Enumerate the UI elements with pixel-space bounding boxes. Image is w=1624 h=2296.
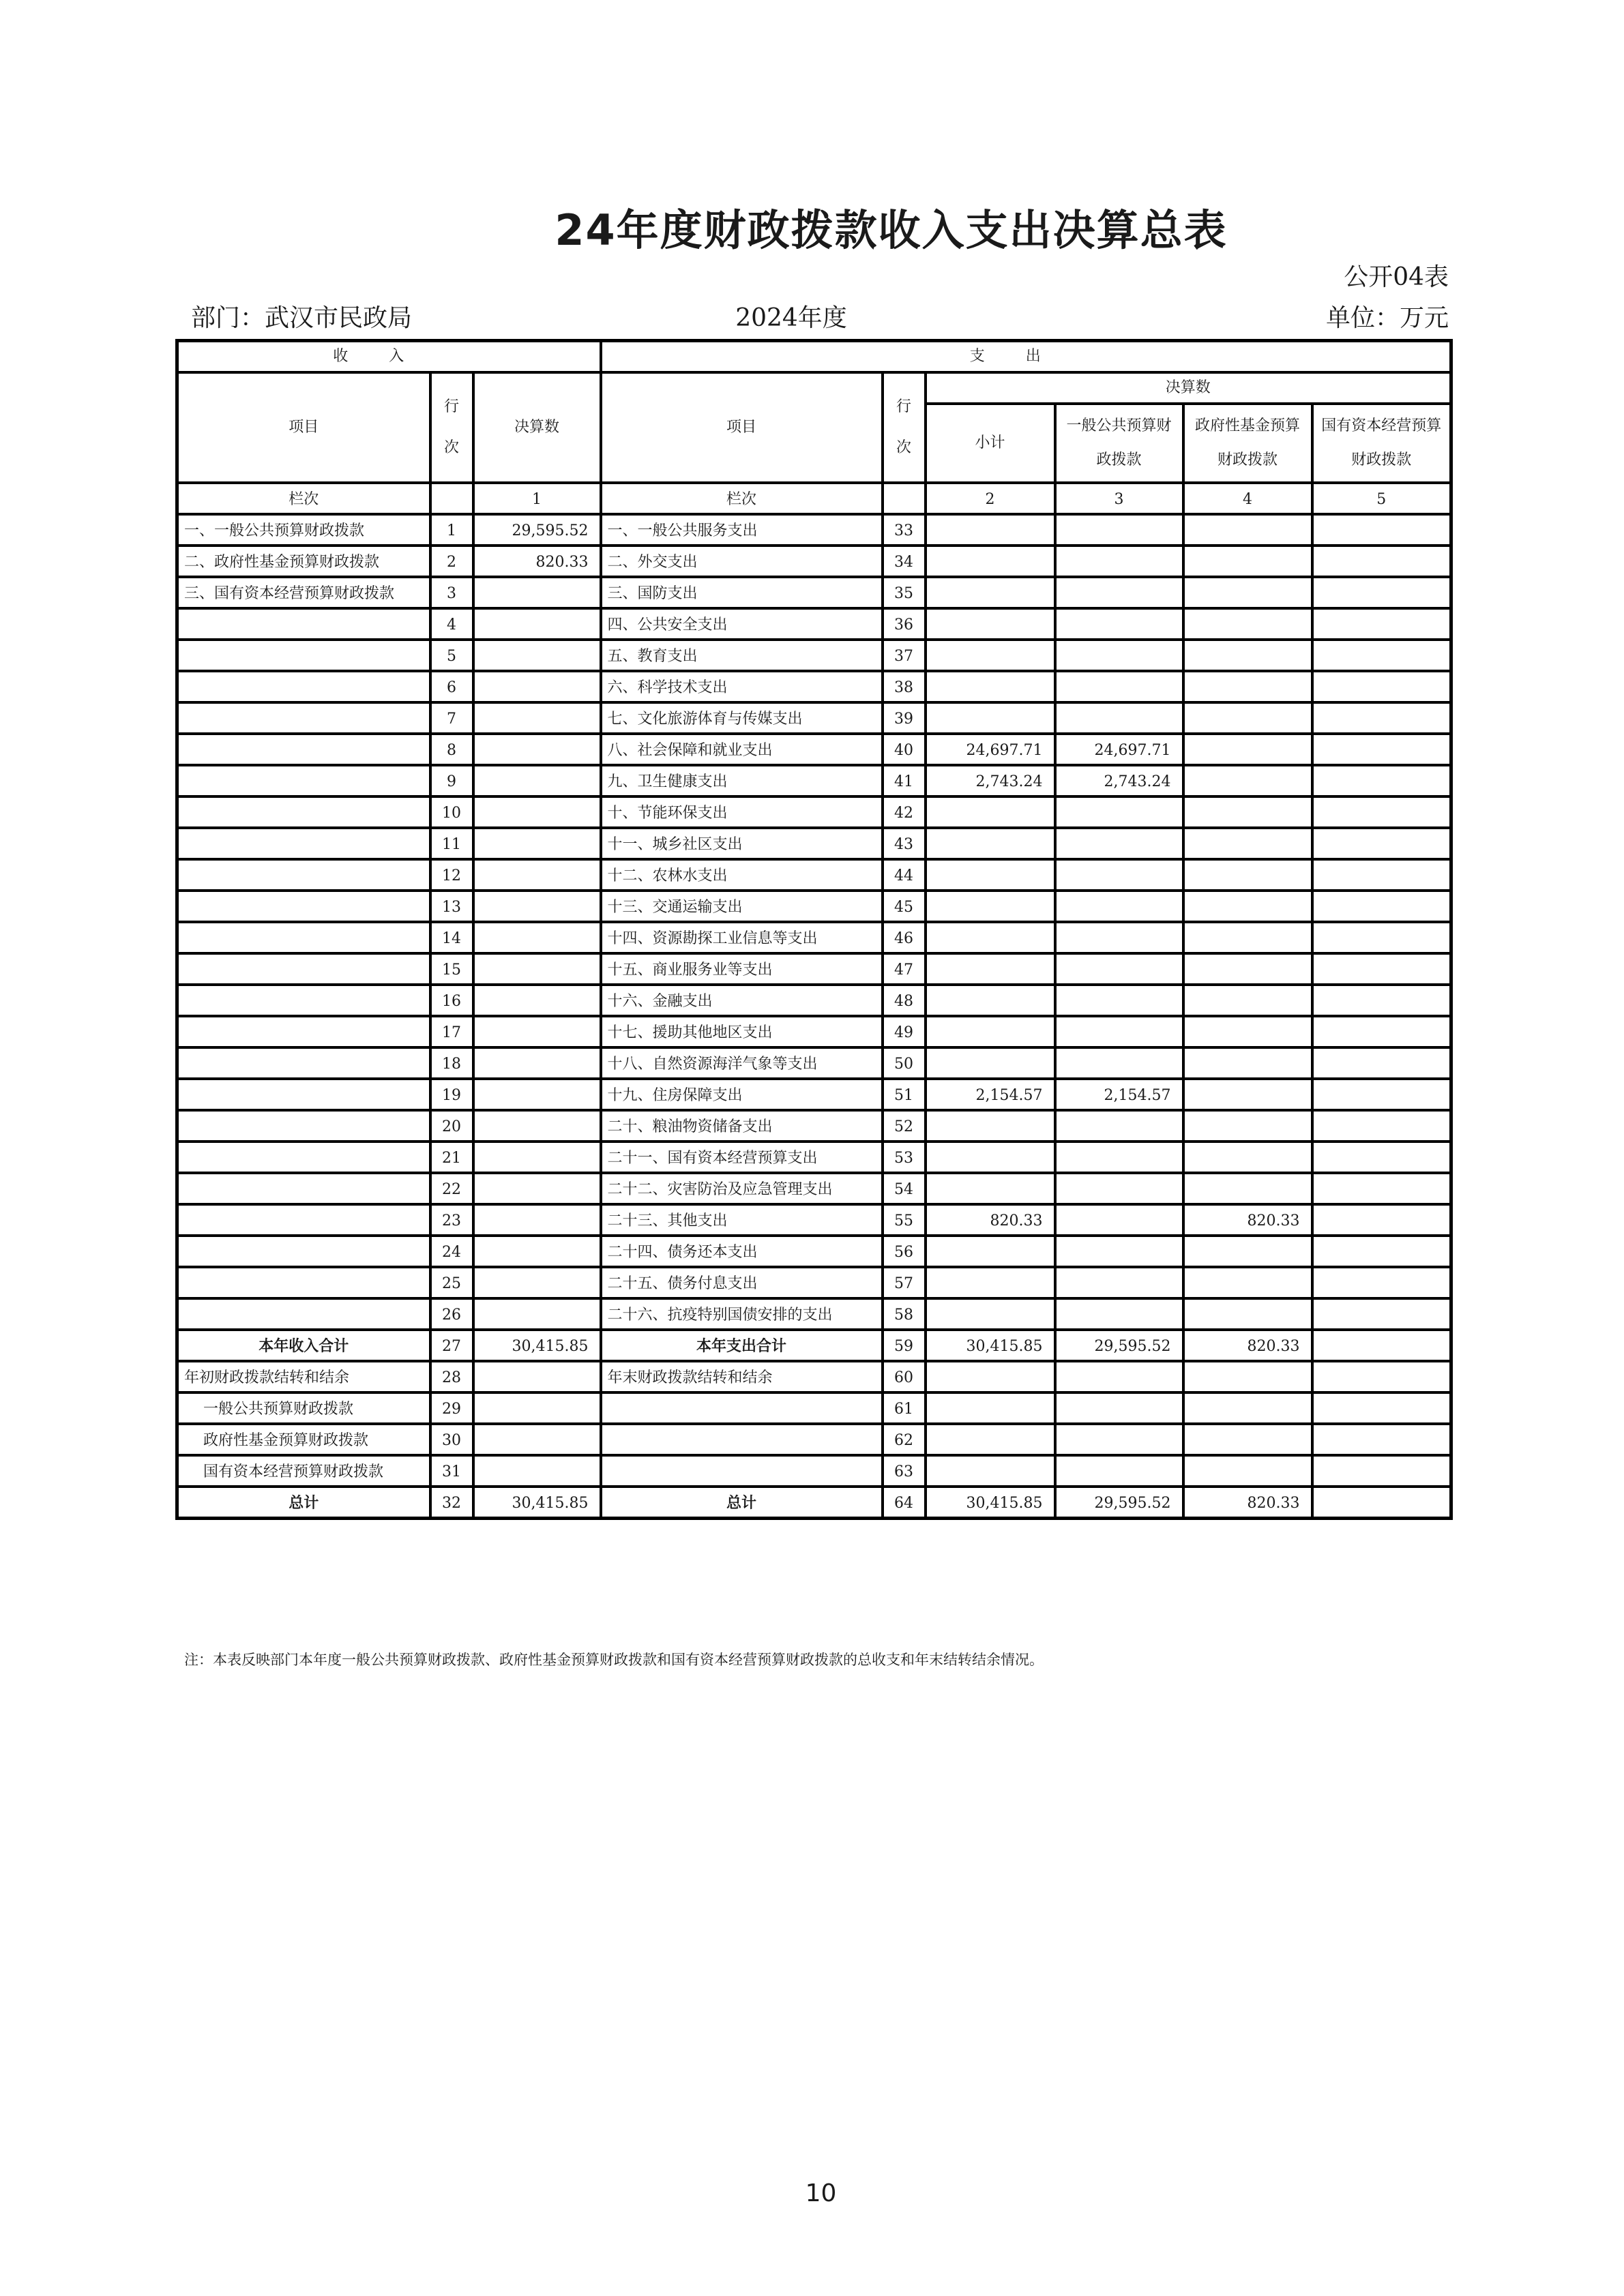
expense-gov-fund-cell: [1183, 1047, 1312, 1079]
expense-general-budget-cell: [1055, 702, 1183, 734]
expense-row-no-cell: 46: [883, 922, 926, 953]
income-amount-cell: [473, 1204, 601, 1236]
column-index-1: 1: [473, 483, 601, 514]
expense-row-no-cell: 36: [883, 608, 926, 640]
expense-subtotal-cell: [926, 640, 1055, 671]
expense-state-capital-cell: [1312, 796, 1451, 828]
column-index-empty: [430, 483, 473, 514]
expense-gov-fund-cell: [1183, 1424, 1312, 1455]
expense-state-capital-cell: [1312, 765, 1451, 796]
income-item-cell: [177, 1236, 430, 1267]
form-number: 公开04表: [1344, 258, 1449, 293]
income-row-no-cell: 30: [430, 1424, 473, 1455]
income-row-no-cell: 32: [430, 1487, 473, 1519]
income-amount-cell: [473, 891, 601, 922]
expense-general-budget-cell: [1055, 828, 1183, 859]
column-index-label: 栏次: [177, 483, 430, 514]
table-row: 14十四、资源勘探工业信息等支出46: [177, 922, 1451, 953]
expense-item-cell: [601, 1392, 883, 1424]
income-item-cell: [177, 1047, 430, 1079]
expense-state-capital-cell: [1312, 640, 1451, 671]
expense-state-capital-cell: [1312, 577, 1451, 608]
expense-general-budget-cell: [1055, 1016, 1183, 1047]
expense-subtotal-cell: 820.33: [926, 1204, 1055, 1236]
expense-row-no-cell: 55: [883, 1204, 926, 1236]
column-index-4: 4: [1183, 483, 1312, 514]
income-row-no-cell: 17: [430, 1016, 473, 1047]
expense-state-capital-cell: [1312, 514, 1451, 546]
table-row: 16十六、金融支出48: [177, 985, 1451, 1016]
expense-row-no-cell: 47: [883, 953, 926, 985]
expense-state-capital-cell: [1312, 1361, 1451, 1392]
expense-item-cell: [601, 1455, 883, 1487]
income-row-no-cell: 13: [430, 891, 473, 922]
income-item-header: 项目: [177, 372, 430, 483]
expense-state-capital-cell: [1312, 1455, 1451, 1487]
table-row: 26二十六、抗疫特别国债安排的支出58: [177, 1298, 1451, 1330]
expense-gov-fund-cell: 820.33: [1183, 1204, 1312, 1236]
expense-state-capital-cell: [1312, 1392, 1451, 1424]
expense-general-budget-cell: [1055, 1424, 1183, 1455]
income-row-no-cell: 22: [430, 1173, 473, 1204]
expense-state-capital-cell: [1312, 1330, 1451, 1361]
income-row-no-cell: 2: [430, 546, 473, 577]
expense-subtotal-cell: [926, 1424, 1055, 1455]
income-amount-cell: [473, 953, 601, 985]
income-amount-cell: [473, 1361, 601, 1392]
expense-general-budget-cell: [1055, 891, 1183, 922]
expense-item-cell: 总计: [601, 1487, 883, 1519]
income-item-cell: [177, 1173, 430, 1204]
expense-item-cell: 二、外交支出: [601, 546, 883, 577]
expense-item-cell: 十八、自然资源海洋气象等支出: [601, 1047, 883, 1079]
expense-state-capital-cell: [1312, 891, 1451, 922]
income-amount-cell: [473, 859, 601, 891]
income-amount-cell: [473, 985, 601, 1016]
table-row: 4四、公共安全支出36: [177, 608, 1451, 640]
expense-state-capital-cell: [1312, 828, 1451, 859]
income-item-cell: [177, 953, 430, 985]
income-section-header: 收入: [177, 341, 601, 373]
expense-general-budget-cell: [1055, 922, 1183, 953]
expense-gov-fund-cell: [1183, 1016, 1312, 1047]
expense-gov-fund-cell: [1183, 1079, 1312, 1110]
expense-row-no-cell: 59: [883, 1330, 926, 1361]
expense-row-no-cell: 42: [883, 796, 926, 828]
expense-row-no-cell: 45: [883, 891, 926, 922]
page-title: 24年度财政拨款收入支出决算总表: [0, 196, 1624, 257]
table-row: 一、一般公共预算财政拨款129,595.52一、一般公共服务支出33: [177, 514, 1451, 546]
expense-state-capital-cell: [1312, 985, 1451, 1016]
income-amount-header: 决算数: [473, 372, 601, 483]
income-amount-cell: [473, 796, 601, 828]
expense-subtotal-cell: [926, 1016, 1055, 1047]
expense-general-budget-cell: [1055, 546, 1183, 577]
expense-row-no-cell: 62: [883, 1424, 926, 1455]
income-amount-cell: [473, 1047, 601, 1079]
expense-general-budget-cell: [1055, 1204, 1183, 1236]
expense-state-capital-cell: [1312, 1142, 1451, 1173]
subtotal-header: 小计: [926, 404, 1055, 483]
expense-row-no-cell: 60: [883, 1361, 926, 1392]
expense-state-capital-cell: [1312, 1424, 1451, 1455]
income-item-cell: [177, 1016, 430, 1047]
income-item-cell: [177, 734, 430, 765]
income-item-cell: [177, 859, 430, 891]
table-row: 二、政府性基金预算财政拨款2820.33二、外交支出34: [177, 546, 1451, 577]
income-row-no-cell: 27: [430, 1330, 473, 1361]
income-row-no-cell: 11: [430, 828, 473, 859]
expense-state-capital-cell: [1312, 1079, 1451, 1110]
expense-gov-fund-cell: [1183, 608, 1312, 640]
expense-gov-fund-cell: [1183, 828, 1312, 859]
expense-row-no-cell: 57: [883, 1267, 926, 1298]
unit-label: 单位：万元: [1326, 299, 1449, 333]
income-row-no-cell: 5: [430, 640, 473, 671]
expense-item-cell: 九、卫生健康支出: [601, 765, 883, 796]
table-row: 20二十、粮油物资储备支出52: [177, 1110, 1451, 1142]
income-item-cell: 总计: [177, 1487, 430, 1519]
income-item-cell: [177, 1298, 430, 1330]
expense-row-no-cell: 34: [883, 546, 926, 577]
income-item-cell: 年初财政拨款结转和结余: [177, 1361, 430, 1392]
table-row: 15十五、商业服务业等支出47: [177, 953, 1451, 985]
expense-general-budget-cell: [1055, 514, 1183, 546]
expense-state-capital-cell: [1312, 734, 1451, 765]
expense-item-cell: 二十三、其他支出: [601, 1204, 883, 1236]
table-row: 10十、节能环保支出42: [177, 796, 1451, 828]
expense-row-no-cell: 41: [883, 765, 926, 796]
income-amount-cell: [473, 577, 601, 608]
expense-gov-fund-cell: [1183, 796, 1312, 828]
income-amount-cell: [473, 1236, 601, 1267]
income-amount-cell: [473, 1173, 601, 1204]
income-item-cell: [177, 796, 430, 828]
table-row: 13十三、交通运输支出45: [177, 891, 1451, 922]
expense-subtotal-cell: 30,415.85: [926, 1487, 1055, 1519]
income-amount-cell: [473, 640, 601, 671]
expense-state-capital-cell: [1312, 859, 1451, 891]
income-row-no-cell: 9: [430, 765, 473, 796]
income-amount-cell: 820.33: [473, 546, 601, 577]
expense-general-budget-cell: [1055, 577, 1183, 608]
financial-summary-table: 收入 支出 项目 行次 决算数 项目 行次 决算数 小计 一般公共预算财政拨款 …: [175, 339, 1453, 1520]
income-item-cell: [177, 1204, 430, 1236]
table-row: 9九、卫生健康支出412,743.242,743.24: [177, 765, 1451, 796]
expense-state-capital-cell: [1312, 608, 1451, 640]
expense-gov-fund-cell: [1183, 514, 1312, 546]
expense-general-budget-cell: 24,697.71: [1055, 734, 1183, 765]
income-row-no-cell: 24: [430, 1236, 473, 1267]
income-item-cell: [177, 671, 430, 702]
expense-subtotal-cell: 2,743.24: [926, 765, 1055, 796]
expense-subtotal-cell: 2,154.57: [926, 1079, 1055, 1110]
expense-gov-fund-cell: [1183, 1236, 1312, 1267]
income-item-cell: [177, 1267, 430, 1298]
income-row-no-cell: 12: [430, 859, 473, 891]
table-row: 19十九、住房保障支出512,154.572,154.57: [177, 1079, 1451, 1110]
expense-general-budget-cell: [1055, 1392, 1183, 1424]
expense-item-cell: 二十、粮油物资储备支出: [601, 1110, 883, 1142]
state-capital-header: 国有资本经营预算财政拨款: [1312, 404, 1451, 483]
expense-state-capital-cell: [1312, 1204, 1451, 1236]
expense-gov-fund-cell: [1183, 702, 1312, 734]
expense-state-capital-cell: [1312, 1267, 1451, 1298]
expense-general-budget-cell: [1055, 1236, 1183, 1267]
expense-state-capital-cell: [1312, 702, 1451, 734]
expense-row-no-cell: 49: [883, 1016, 926, 1047]
expense-general-budget-cell: [1055, 796, 1183, 828]
expense-general-budget-cell: [1055, 1298, 1183, 1330]
expense-state-capital-cell: [1312, 1487, 1451, 1519]
expense-subtotal-cell: [926, 953, 1055, 985]
expense-gov-fund-cell: [1183, 891, 1312, 922]
expense-row-no-cell: 52: [883, 1110, 926, 1142]
expense-row-no-cell: 61: [883, 1392, 926, 1424]
income-item-cell: [177, 1079, 430, 1110]
expense-subtotal-cell: [926, 1173, 1055, 1204]
income-item-cell: 一般公共预算财政拨款: [177, 1392, 430, 1424]
table-row: 政府性基金预算财政拨款3062: [177, 1424, 1451, 1455]
expense-subtotal-cell: [926, 828, 1055, 859]
fiscal-year-label: 2024年度: [723, 299, 859, 333]
table-row: 18十八、自然资源海洋气象等支出50: [177, 1047, 1451, 1079]
expense-general-budget-cell: 29,595.52: [1055, 1330, 1183, 1361]
income-row-no-cell: 21: [430, 1142, 473, 1173]
column-index-empty: [883, 483, 926, 514]
table-row: 年初财政拨款结转和结余28年末财政拨款结转和结余60: [177, 1361, 1451, 1392]
expense-subtotal-cell: [926, 546, 1055, 577]
expense-item-cell: 本年支出合计: [601, 1330, 883, 1361]
income-item-cell: [177, 765, 430, 796]
expense-general-budget-cell: 29,595.52: [1055, 1487, 1183, 1519]
expense-item-cell: 二十四、债务还本支出: [601, 1236, 883, 1267]
income-amount-cell: 30,415.85: [473, 1487, 601, 1519]
expense-subtotal-cell: [926, 1236, 1055, 1267]
table-row: 21二十一、国有资本经营预算支出53: [177, 1142, 1451, 1173]
expense-general-budget-cell: [1055, 640, 1183, 671]
column-index-2: 2: [926, 483, 1055, 514]
table-row: 24二十四、债务还本支出56: [177, 1236, 1451, 1267]
expense-general-budget-cell: [1055, 1455, 1183, 1487]
expense-gov-fund-cell: [1183, 765, 1312, 796]
gov-fund-header: 政府性基金预算财政拨款: [1183, 404, 1312, 483]
expense-gov-fund-cell: [1183, 1298, 1312, 1330]
income-item-cell: 三、国有资本经营预算财政拨款: [177, 577, 430, 608]
expense-row-no-cell: 39: [883, 702, 926, 734]
expense-item-cell: 五、教育支出: [601, 640, 883, 671]
income-amount-cell: [473, 671, 601, 702]
expense-row-no-cell: 50: [883, 1047, 926, 1079]
expense-state-capital-cell: [1312, 1173, 1451, 1204]
expense-subtotal-cell: [926, 577, 1055, 608]
table-row: 11十一、城乡社区支出43: [177, 828, 1451, 859]
table-row: 7七、文化旅游体育与传媒支出39: [177, 702, 1451, 734]
income-amount-cell: 29,595.52: [473, 514, 601, 546]
expense-general-budget-cell: [1055, 953, 1183, 985]
expense-row-no-cell: 40: [883, 734, 926, 765]
income-item-cell: [177, 1142, 430, 1173]
column-index-label: 栏次: [601, 483, 883, 514]
expense-gov-fund-cell: [1183, 985, 1312, 1016]
expense-gov-fund-cell: [1183, 1361, 1312, 1392]
expense-row-no-cell: 48: [883, 985, 926, 1016]
income-row-no-cell: 25: [430, 1267, 473, 1298]
income-item-cell: [177, 828, 430, 859]
income-amount-cell: [473, 1142, 601, 1173]
expense-gov-fund-cell: [1183, 1173, 1312, 1204]
income-row-no-cell: 19: [430, 1079, 473, 1110]
expense-item-cell: 十六、金融支出: [601, 985, 883, 1016]
table-row: 总计3230,415.85总计6430,415.8529,595.52820.3…: [177, 1487, 1451, 1519]
expense-general-budget-cell: 2,743.24: [1055, 765, 1183, 796]
table-row: 三、国有资本经营预算财政拨款3三、国防支出35: [177, 577, 1451, 608]
income-item-cell: [177, 640, 430, 671]
income-amount-cell: [473, 702, 601, 734]
expense-state-capital-cell: [1312, 922, 1451, 953]
expense-item-cell: 四、公共安全支出: [601, 608, 883, 640]
income-amount-cell: [473, 922, 601, 953]
expense-row-no-cell: 43: [883, 828, 926, 859]
expense-row-no-cell: 54: [883, 1173, 926, 1204]
expense-item-cell: 十五、商业服务业等支出: [601, 953, 883, 985]
expense-item-cell: 三、国防支出: [601, 577, 883, 608]
expense-row-no-cell: 33: [883, 514, 926, 546]
expense-gov-fund-cell: [1183, 953, 1312, 985]
expense-subtotal-cell: [926, 702, 1055, 734]
income-item-cell: [177, 702, 430, 734]
expense-subtotal-cell: [926, 608, 1055, 640]
income-amount-cell: [473, 1424, 601, 1455]
income-item-cell: [177, 922, 430, 953]
income-item-cell: [177, 608, 430, 640]
income-row-no-cell: 16: [430, 985, 473, 1016]
expense-gov-fund-cell: [1183, 1392, 1312, 1424]
row-no-label: 行次: [443, 387, 460, 468]
expense-subtotal-cell: [926, 985, 1055, 1016]
income-item-cell: 一、一般公共预算财政拨款: [177, 514, 430, 546]
expense-item-cell: 二十六、抗疫特别国债安排的支出: [601, 1298, 883, 1330]
income-row-no-cell: 23: [430, 1204, 473, 1236]
expense-item-cell: 十九、住房保障支出: [601, 1079, 883, 1110]
expense-row-no-cell: 35: [883, 577, 926, 608]
income-row-no-cell: 29: [430, 1392, 473, 1424]
column-index-3: 3: [1055, 483, 1183, 514]
income-row-no-header: 行次: [430, 372, 473, 483]
table-row: 22二十二、灾害防治及应急管理支出54: [177, 1173, 1451, 1204]
expense-item-cell: 七、文化旅游体育与传媒支出: [601, 702, 883, 734]
expense-gov-fund-cell: [1183, 1267, 1312, 1298]
income-row-no-cell: 26: [430, 1298, 473, 1330]
expense-subtotal-cell: [926, 1267, 1055, 1298]
expense-row-no-cell: 64: [883, 1487, 926, 1519]
expense-row-no-cell: 44: [883, 859, 926, 891]
expense-state-capital-cell: [1312, 1298, 1451, 1330]
income-item-cell: 国有资本经营预算财政拨款: [177, 1455, 430, 1487]
expense-item-cell: 二十一、国有资本经营预算支出: [601, 1142, 883, 1173]
expense-subtotal-cell: [926, 1047, 1055, 1079]
expense-subtotal-cell: [926, 891, 1055, 922]
income-row-no-cell: 31: [430, 1455, 473, 1487]
expense-item-cell: 六、科学技术支出: [601, 671, 883, 702]
expense-item-cell: 十三、交通运输支出: [601, 891, 883, 922]
table-row: 12十二、农林水支出44: [177, 859, 1451, 891]
expense-state-capital-cell: [1312, 1047, 1451, 1079]
expense-amount-header: 决算数: [926, 372, 1451, 404]
department-label: 部门：武汉市民政局: [191, 299, 412, 333]
expense-item-cell: 十一、城乡社区支出: [601, 828, 883, 859]
table-row: 23二十三、其他支出55820.33820.33: [177, 1204, 1451, 1236]
income-amount-cell: [473, 1392, 601, 1424]
expense-subtotal-cell: [926, 1142, 1055, 1173]
expense-row-no-cell: 38: [883, 671, 926, 702]
income-amount-cell: [473, 765, 601, 796]
income-item-cell: 本年收入合计: [177, 1330, 430, 1361]
expense-gov-fund-cell: 820.33: [1183, 1330, 1312, 1361]
expense-item-cell: 十二、农林水支出: [601, 859, 883, 891]
expense-subtotal-cell: 30,415.85: [926, 1330, 1055, 1361]
income-amount-cell: [473, 828, 601, 859]
general-budget-header: 一般公共预算财政拨款: [1055, 404, 1183, 483]
expense-state-capital-cell: [1312, 953, 1451, 985]
income-row-no-cell: 14: [430, 922, 473, 953]
expense-item-cell: 一、一般公共服务支出: [601, 514, 883, 546]
income-amount-cell: [473, 608, 601, 640]
expense-subtotal-cell: [926, 1361, 1055, 1392]
income-row-no-cell: 7: [430, 702, 473, 734]
income-amount-cell: [473, 1110, 601, 1142]
income-row-no-cell: 28: [430, 1361, 473, 1392]
income-amount-cell: 30,415.85: [473, 1330, 601, 1361]
expense-subtotal-cell: [926, 859, 1055, 891]
expense-item-cell: [601, 1424, 883, 1455]
expense-subtotal-cell: [926, 671, 1055, 702]
expense-section-header: 支出: [601, 341, 1451, 373]
income-row-no-cell: 15: [430, 953, 473, 985]
expense-subtotal-cell: [926, 796, 1055, 828]
expense-general-budget-cell: [1055, 608, 1183, 640]
expense-state-capital-cell: [1312, 1016, 1451, 1047]
expense-item-cell: 八、社会保障和就业支出: [601, 734, 883, 765]
column-index-5: 5: [1312, 483, 1451, 514]
income-item-cell: [177, 1110, 430, 1142]
expense-gov-fund-cell: [1183, 546, 1312, 577]
income-row-no-cell: 20: [430, 1110, 473, 1142]
expense-row-no-header: 行次: [883, 372, 926, 483]
expense-item-header: 项目: [601, 372, 883, 483]
expense-subtotal-cell: [926, 514, 1055, 546]
table-row: 本年收入合计2730,415.85本年支出合计5930,415.8529,595…: [177, 1330, 1451, 1361]
table-row: 17十七、援助其他地区支出49: [177, 1016, 1451, 1047]
expense-gov-fund-cell: [1183, 734, 1312, 765]
expense-gov-fund-cell: [1183, 922, 1312, 953]
income-amount-cell: [473, 1267, 601, 1298]
income-row-no-cell: 8: [430, 734, 473, 765]
table-row: 25二十五、债务付息支出57: [177, 1267, 1451, 1298]
expense-item-cell: 二十五、债务付息支出: [601, 1267, 883, 1298]
table-row: 国有资本经营预算财政拨款3163: [177, 1455, 1451, 1487]
expense-item-cell: 二十二、灾害防治及应急管理支出: [601, 1173, 883, 1204]
expense-state-capital-cell: [1312, 1236, 1451, 1267]
footnote: 注：本表反映部门本年度一般公共预算财政拨款、政府性基金预算财政拨款和国有资本经营…: [184, 1649, 1044, 1669]
expense-gov-fund-cell: [1183, 1455, 1312, 1487]
expense-subtotal-cell: [926, 1392, 1055, 1424]
expense-general-budget-cell: [1055, 1142, 1183, 1173]
income-amount-cell: [473, 1016, 601, 1047]
expense-gov-fund-cell: [1183, 859, 1312, 891]
income-item-cell: [177, 985, 430, 1016]
expense-gov-fund-cell: 820.33: [1183, 1487, 1312, 1519]
